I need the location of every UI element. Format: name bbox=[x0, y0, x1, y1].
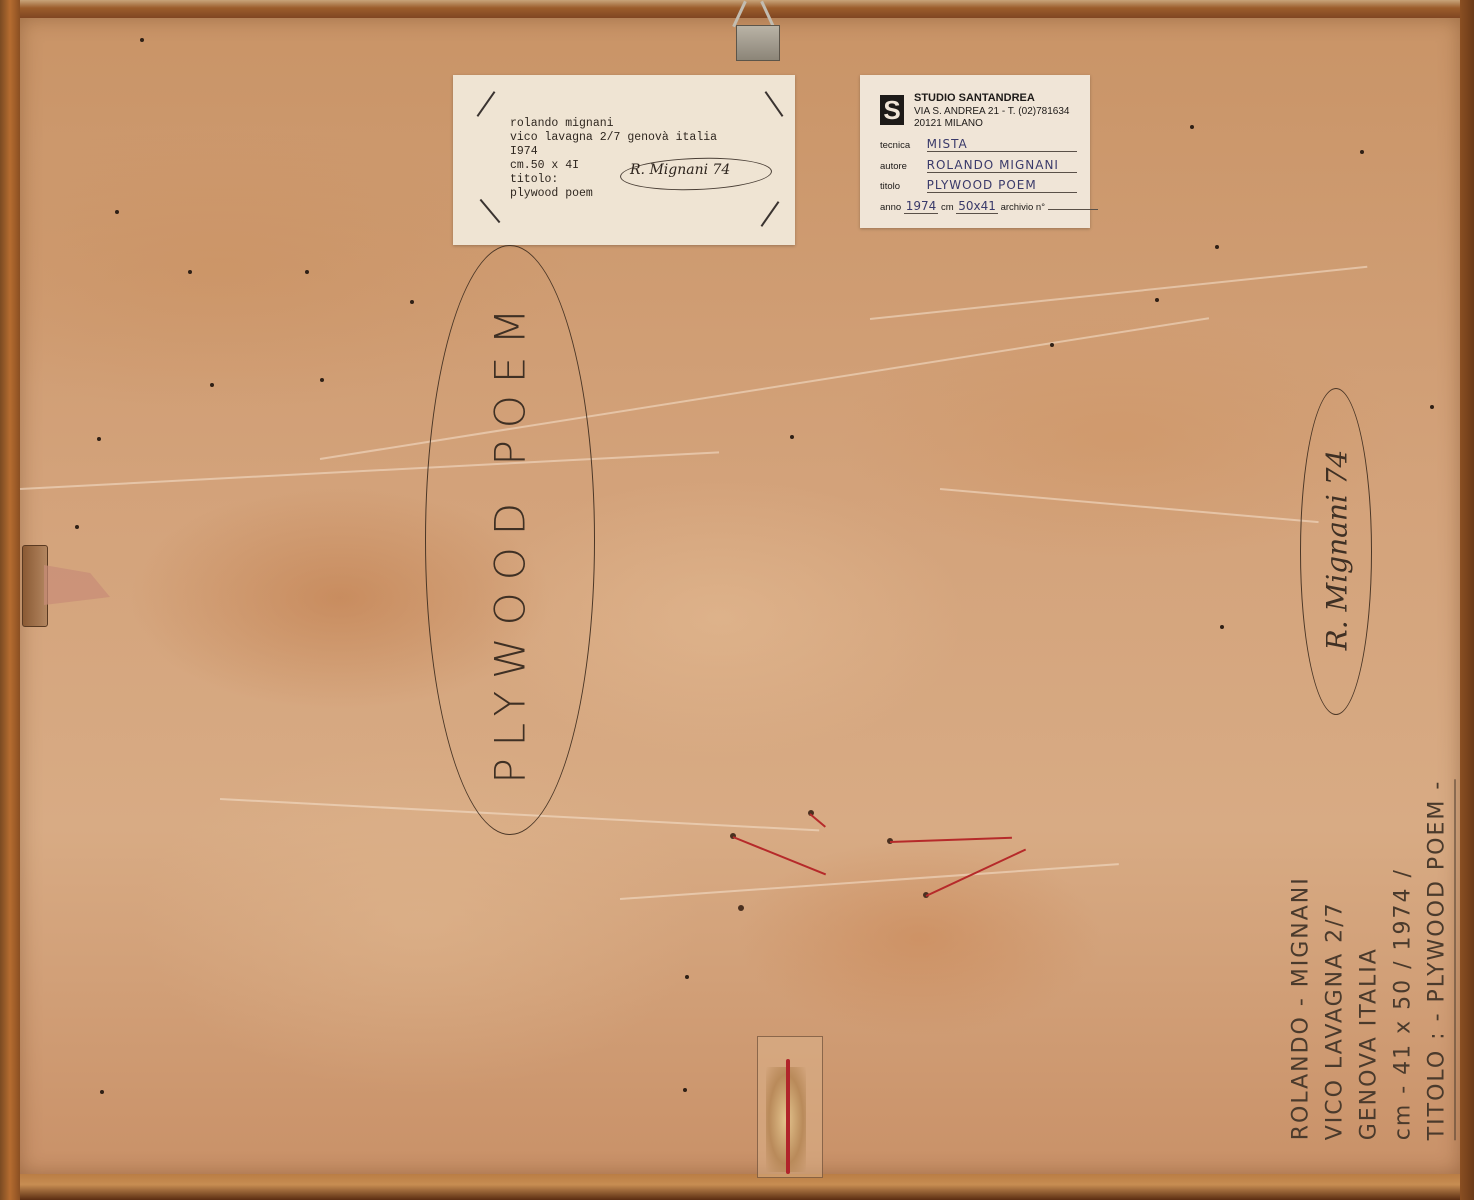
field-autore: autore ROLANDO MIGNANI bbox=[880, 158, 1077, 173]
tack-hole bbox=[320, 378, 324, 382]
field-value: PLYWOOD POEM bbox=[927, 178, 1077, 193]
tack-hole bbox=[97, 437, 101, 441]
paper-crease bbox=[940, 488, 1319, 523]
note-line: GENOVA ITALIA bbox=[1353, 780, 1387, 1141]
sawtooth-hanger bbox=[728, 0, 798, 62]
cm-value: 50x41 bbox=[956, 199, 998, 214]
studio-name: STUDIO SANTANDREA bbox=[914, 92, 1035, 104]
staple-icon bbox=[477, 91, 496, 117]
field-anno-row: anno 1974 cm 50x41 archivio n° bbox=[880, 199, 1098, 213]
paper-crease bbox=[870, 266, 1367, 320]
field-titolo: titolo PLYWOOD POEM bbox=[880, 178, 1077, 193]
note-line: TITOLO : - PLYWOOD POEM - bbox=[1421, 780, 1456, 1141]
note-line: cm - 41 x 50 / 1974 / bbox=[1387, 780, 1421, 1141]
typed-line-year: I974 bbox=[510, 145, 717, 159]
tack-hole bbox=[188, 270, 192, 274]
studio-santandrea-label: S STUDIO SANTANDREA VIA S. ANDREA 21 - T… bbox=[860, 75, 1090, 228]
field-value: MISTA bbox=[927, 137, 1077, 152]
paper-crease bbox=[620, 863, 1119, 900]
artist-signature: R. Mignani 74 bbox=[630, 162, 730, 178]
archivio-label: archivio n° bbox=[1001, 202, 1045, 213]
tack-hole bbox=[683, 1088, 687, 1092]
tack-hole bbox=[115, 210, 119, 214]
field-label: tecnica bbox=[880, 140, 924, 151]
tack-hole bbox=[1360, 150, 1364, 154]
field-label: autore bbox=[880, 161, 924, 172]
studio-address-line1: VIA S. ANDREA 21 - T. (02)781634 bbox=[914, 106, 1069, 118]
hanger-plate bbox=[736, 25, 780, 61]
tack-hole bbox=[410, 300, 414, 304]
tack-hole bbox=[1220, 625, 1224, 629]
pin-head bbox=[738, 905, 744, 911]
studio-address-line2: 20121 MILANO bbox=[914, 118, 1069, 130]
handwritten-signature: R. Mignani 74 bbox=[1321, 450, 1354, 651]
hanger-wire bbox=[732, 1, 747, 28]
tack-hole bbox=[1050, 343, 1054, 347]
tack-hole bbox=[305, 270, 309, 274]
note-line: VICO LAVAGNA 2/7 bbox=[1319, 780, 1353, 1141]
frame-right-rail bbox=[1460, 0, 1474, 1200]
frame-bottom-rail bbox=[0, 1172, 1474, 1200]
studio-address: VIA S. ANDREA 21 - T. (02)781634 20121 M… bbox=[914, 106, 1069, 130]
cm-label: cm bbox=[941, 202, 954, 213]
paper-tab bbox=[757, 1036, 823, 1178]
tack-hole bbox=[75, 525, 79, 529]
tack-hole bbox=[1215, 245, 1219, 249]
handwritten-title: PLYWOOD POEM bbox=[486, 296, 535, 783]
handwritten-notes: ROLANDO - MIGNANI VICO LAVAGNA 2/7 GENOV… bbox=[1285, 780, 1456, 1141]
tack-hole bbox=[1190, 125, 1194, 129]
field-tecnica: tecnica MISTA bbox=[880, 137, 1077, 152]
staple-icon bbox=[761, 201, 780, 227]
typed-line-address: vico lavagna 2/7 genovà italia bbox=[510, 131, 717, 145]
staple-icon bbox=[765, 91, 784, 117]
field-label: titolo bbox=[880, 181, 924, 192]
frame-left-rail bbox=[0, 0, 20, 1200]
tack-hole bbox=[100, 1090, 104, 1094]
tack-hole bbox=[1430, 405, 1434, 409]
field-value: ROLANDO MIGNANI bbox=[927, 158, 1077, 173]
staple-icon bbox=[480, 199, 501, 223]
red-thread bbox=[786, 1059, 790, 1174]
studio-logo-icon: S bbox=[880, 95, 904, 125]
anno-value: 1974 bbox=[904, 199, 939, 214]
archivio-blank bbox=[1048, 209, 1098, 210]
tack-hole bbox=[685, 975, 689, 979]
tack-hole bbox=[1155, 298, 1159, 302]
tack-hole bbox=[140, 38, 144, 42]
paper-crease bbox=[20, 451, 719, 490]
note-line: ROLANDO - MIGNANI bbox=[1285, 780, 1319, 1141]
typed-line-artist: rolando mignani bbox=[510, 117, 717, 131]
hanger-wire bbox=[760, 1, 775, 28]
tack-hole bbox=[790, 435, 794, 439]
tack-hole bbox=[210, 383, 214, 387]
anno-label: anno bbox=[880, 202, 901, 213]
